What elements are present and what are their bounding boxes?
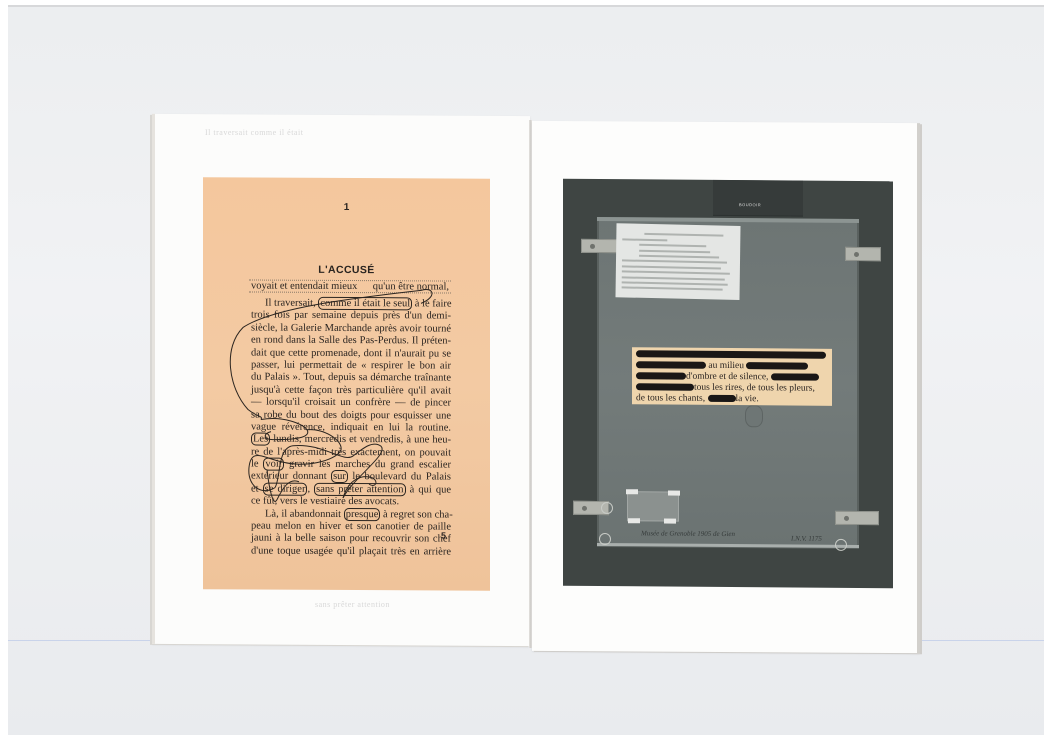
- book-spread: Il traversait comme il était sans prêter…: [0, 0, 1050, 742]
- screw-ring: [601, 502, 613, 514]
- text-line: sa robe du bout des doigts pour esquisse…: [251, 409, 451, 422]
- ink-blot: [746, 362, 808, 369]
- screw-ring: [599, 533, 611, 545]
- text-line: et se diriger, sans prêter attention à q…: [251, 483, 451, 496]
- circled-word: sur: [331, 470, 348, 483]
- first-line-right: qu'un être normal,: [373, 281, 449, 292]
- text-line: Il traversait, comme il était le seul à …: [251, 297, 451, 310]
- ink-blot: [636, 373, 686, 380]
- visible-words: tous les rires, de tous les pleurs,: [694, 383, 815, 394]
- text-line: Là, il abandonnait presque à regret son …: [251, 508, 451, 521]
- screw-ring: [835, 539, 847, 551]
- ink-blot: [771, 374, 819, 381]
- text-line: du Palais ». Tout, depuis sa démarche tr…: [251, 372, 451, 385]
- chapter-number: 1: [203, 201, 490, 214]
- text-line: dait que cette promenade, dont il n'aura…: [251, 347, 451, 360]
- circled-word: voir: [263, 458, 284, 471]
- body-text: Il traversait, comme il était le seul à …: [251, 297, 451, 558]
- book-clipping: 1 L'ACCUSÉ voyait et entendait mieux qu'…: [203, 177, 490, 591]
- visible-words: de tous les chants,: [636, 393, 705, 404]
- handwritten-inscription: Musée de Grenoble 1905 de Gien: [641, 529, 735, 538]
- small-inventory-label: [627, 491, 679, 521]
- erasure-poem-clipping: au milieu d'ombre et de silence, tous le…: [632, 347, 832, 406]
- framed-object-photo: BOUDOIR au milieu d'ombre et de silenc: [563, 179, 893, 589]
- pasted-first-line: voyait et entendait mieux qu'un être nor…: [249, 279, 451, 293]
- text-line: d'une toque usagée qu'il plaçait très en…: [251, 545, 451, 558]
- text-line: peau melon en hiver et son canotier de p…: [251, 521, 451, 534]
- visible-words: au milieu: [708, 361, 744, 371]
- circled-word: presque: [344, 508, 381, 521]
- text-line: jauni à la belle saison pour recouvrir s…: [251, 533, 451, 546]
- ink-blot: [636, 384, 694, 391]
- text-line: — lorsqu'il croisait un confrère — de pi…: [251, 397, 451, 410]
- text-line: Les lundis, mercredis et vendredis, à un…: [251, 434, 451, 447]
- visible-words: d'ombre et de silence,: [686, 372, 768, 383]
- text-line: jusqu'à cette façon très particulière qu…: [251, 384, 451, 397]
- ink-blot: [708, 395, 736, 402]
- visible-words: la vie.: [736, 394, 759, 404]
- inventory-number: I.N.V. 1175: [791, 534, 822, 542]
- hanging-tab: BOUDOIR: [713, 180, 803, 217]
- chapter-title: L'ACCUSÉ: [203, 263, 490, 277]
- ink-blot: [636, 362, 706, 370]
- ink-blot: [636, 351, 826, 359]
- showthrough-text-top: Il traversait comme il était: [205, 128, 303, 137]
- frame-bracket-top-left: [581, 239, 619, 253]
- circled-word: sans prêter attention: [314, 483, 405, 496]
- frame-hanger: [745, 405, 763, 427]
- attached-typed-note: [615, 223, 740, 300]
- text-line: siècle, la Galerie Marchande après avoir…: [251, 322, 451, 335]
- text-line: passer, lui permettait de « respirer le …: [251, 359, 451, 372]
- erasure-line: de tous les chants, la vie.: [636, 393, 828, 406]
- page-number: 5: [441, 530, 446, 540]
- text-line: en rond dans la Salle des Pas-Perdus. Il…: [251, 335, 451, 348]
- first-line-left: voyait et entendait mieux: [251, 280, 357, 292]
- circled-word: Les: [251, 433, 270, 446]
- circled-word: comme il était le seul: [318, 297, 412, 310]
- showthrough-text-bottom: sans prêter attention: [315, 600, 390, 609]
- text-line: trois fois par semaine depuis près d'un …: [251, 310, 451, 323]
- frame-bracket-top-right: [845, 247, 881, 261]
- frame-label: BOUDOIR: [739, 202, 761, 207]
- frame-bracket-bottom-right: [835, 511, 879, 525]
- circled-word: se diriger: [263, 482, 308, 495]
